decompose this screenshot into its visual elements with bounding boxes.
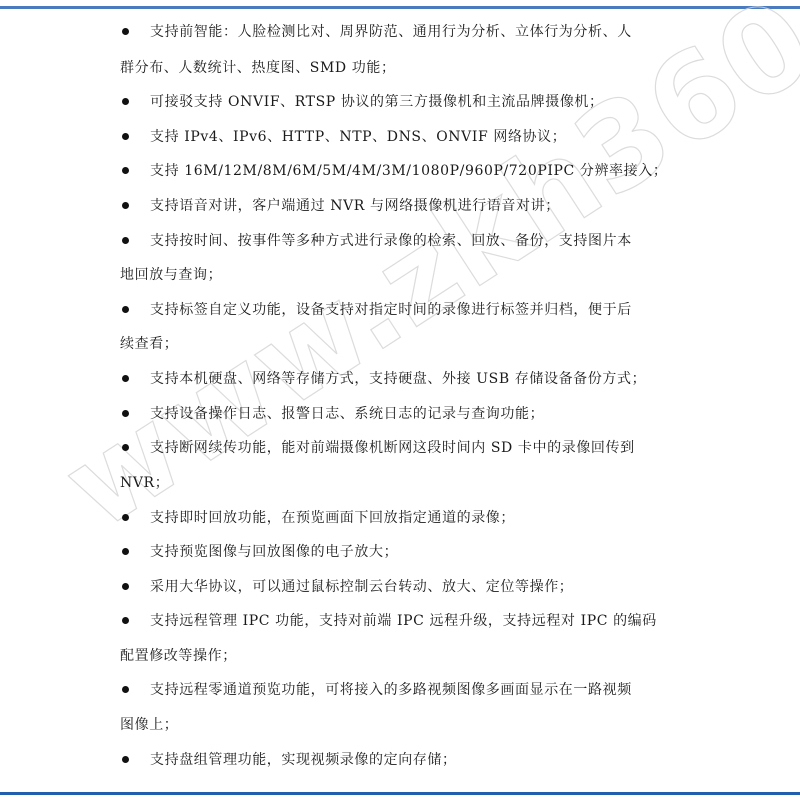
list-item: 支持即时回放功能，在预览画面下回放指定通道的录像； [150, 508, 515, 528]
list-item-continuation: 地回放与查询； [120, 265, 222, 285]
list-item-continuation: 图像上； [120, 715, 178, 735]
list-item: 支持断网续传功能，能对前端摄像机断网这段时间内 SD 卡中的录像回传到 [150, 438, 635, 458]
bullet-icon [122, 306, 129, 313]
bullet-icon [122, 202, 129, 209]
bullet-icon [122, 617, 129, 624]
list-item: 支持标签自定义功能，设备支持对指定时间的录像进行标签并归档，便于后 [150, 300, 632, 320]
list-item: 支持本机硬盘、网络等存储方式，支持硬盘、外接 USB 存储设备备份方式； [150, 369, 646, 389]
list-item-continuation: 配置修改等操作； [120, 646, 237, 666]
list-item-continuation: NVR； [120, 473, 169, 493]
list-item: 支持语音对讲，客户端通过 NVR 与网络摄像机进行语音对讲； [150, 196, 560, 216]
bullet-icon [122, 237, 129, 244]
list-item: 支持按时间、按事件等多种方式进行录像的检索、回放、备份，支持图片本 [150, 231, 632, 251]
list-item-continuation: 群分布、人数统计、热度图、SMD 功能； [120, 58, 396, 78]
bullet-icon [122, 133, 129, 140]
bullet-icon [122, 548, 129, 555]
bullet-icon [122, 410, 129, 417]
list-item: 支持盘组管理功能，实现视频录像的定向存储； [150, 750, 457, 770]
list-item: 支持预览图像与回放图像的电子放大； [150, 542, 398, 562]
bullet-icon [122, 514, 129, 521]
bullet-icon [122, 686, 129, 693]
list-item-continuation: 续查看； [120, 334, 178, 354]
top-rule [0, 6, 800, 9]
bullet-icon [122, 756, 129, 763]
bullet-icon [122, 583, 129, 590]
bottom-rule [0, 792, 800, 795]
list-item: 可接驳支持 ONVIF、RTSP 协议的第三方摄像机和主流品牌摄像机； [150, 92, 604, 112]
list-item: 支持前智能：人脸检测比对、周界防范、通用行为分析、立体行为分析、人 [150, 22, 632, 42]
bullet-icon [122, 28, 129, 35]
bullet-icon [122, 98, 129, 105]
list-item: 支持 16M/12M/8M/6M/5M/4M/3M/1080P/960P/720… [150, 161, 667, 181]
bullet-icon [122, 375, 129, 382]
list-item: 支持远程零通道预览功能，可将接入的多路视频图像多画面显示在一路视频 [150, 680, 632, 700]
list-item: 采用大华协议，可以通过鼠标控制云台转动、放大、定位等操作； [150, 577, 573, 597]
bullet-icon [122, 444, 129, 451]
list-item: 支持远程管理 IPC 功能，支持对前端 IPC 远程升级，支持远程对 IPC 的… [150, 611, 657, 631]
list-item: 支持 IPv4、IPv6、HTTP、NTP、DNS、ONVIF 网络协议； [150, 127, 566, 147]
list-item: 支持设备操作日志、报警日志、系统日志的记录与查询功能； [150, 404, 544, 424]
bullet-icon [122, 167, 129, 174]
